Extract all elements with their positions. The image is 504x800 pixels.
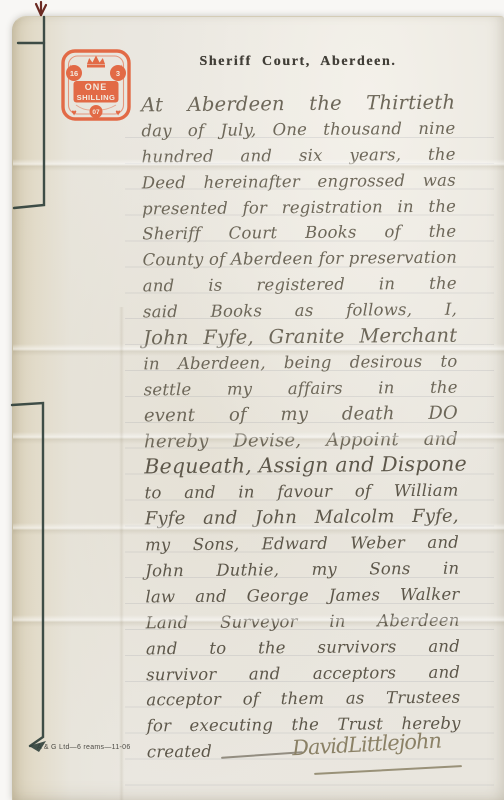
deed-line: and is registered in the <box>143 271 457 300</box>
deed-line: event of my death DO <box>144 400 458 429</box>
deed-line: settle my affairs in the <box>144 374 458 403</box>
printer-imprint: A & G Ltd—6 reams—11-06 <box>37 744 131 751</box>
deed-line: Fyfe and John Malcolm Fyfe, <box>145 504 459 533</box>
stamp-denomination-shilling: SHILLING <box>77 93 116 102</box>
signature-underline <box>314 765 462 774</box>
heart-ornament-right-icon: ♥ <box>115 108 120 118</box>
thread-top-tuft <box>36 2 46 15</box>
deed-line: At Aberdeen the Thirtieth <box>141 90 455 119</box>
deed-line: hundred and six years, the <box>142 141 456 170</box>
deed-line: hereby Devise, Appoint and <box>144 426 458 455</box>
deed-line: and to the survivors and <box>146 633 460 662</box>
deed-line: Deed hereinafter engrossed was <box>142 167 456 196</box>
deed-line: Bequeath, Assign and Dispone <box>144 452 458 481</box>
deed-page: 16 3 ONE SHILLING 07 ♥ ♥ Sheriff Court, … <box>12 16 504 800</box>
stamp-denomination-one: ONE <box>85 82 108 92</box>
deed-line: survivor and acceptors and <box>146 659 460 688</box>
stamp-corner-left-value: 16 <box>70 69 78 78</box>
deed-line: law and George James Walker <box>145 582 459 611</box>
stamp-date-value: 07 <box>92 109 100 116</box>
deed-line: Sheriff Court Books of the <box>142 219 456 248</box>
deed-body: At Aberdeen the Thirtiethday of July, On… <box>141 90 461 766</box>
deed-line: in Aberdeen, being desirous to <box>143 349 457 378</box>
heart-ornament-left-icon: ♥ <box>71 108 76 118</box>
deed-line: John Fyfe, Granite Merchant <box>143 323 457 352</box>
deed-line: my Sons, Edward Weber and <box>145 530 459 559</box>
deed-line: County of Aberdeen for preservation <box>142 245 456 274</box>
deed-line: acceptor of them as Trustees <box>146 685 460 714</box>
deed-line: John Duthie, my Sons in <box>145 556 459 585</box>
deed-line: to and in favour of William <box>144 478 458 507</box>
deed-line: Land Surveyor in Aberdeen <box>146 607 460 636</box>
paper-vertical-crease <box>119 307 124 800</box>
stamp-corner-right-value: 3 <box>116 69 120 78</box>
deed-line: presented for registration in the <box>142 193 456 222</box>
court-header: Sheriff Court, Aberdeen. <box>133 54 463 70</box>
deed-line: day of July, One thousand nine <box>141 116 455 145</box>
revenue-stamp: 16 3 ONE SHILLING 07 ♥ ♥ <box>60 45 132 125</box>
crown-icon <box>87 56 105 68</box>
deed-line: said Books as follows, I, <box>143 297 457 326</box>
